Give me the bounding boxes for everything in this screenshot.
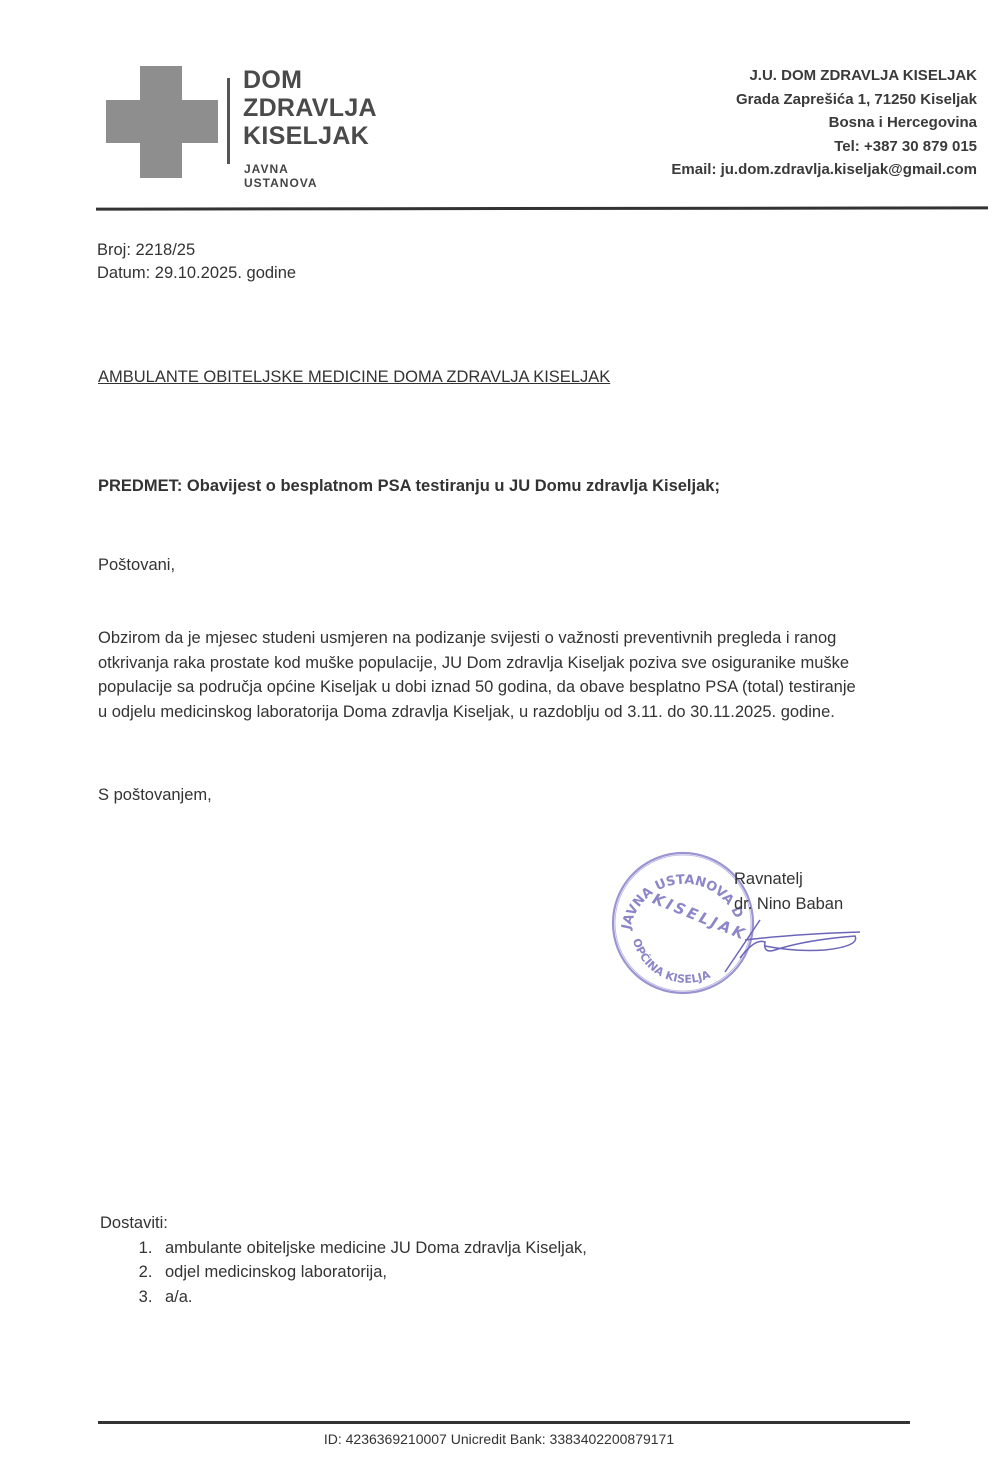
body-line: Obzirom da je mjesec studeni usmjeren na…	[98, 626, 856, 651]
handwritten-signature-icon	[705, 910, 865, 980]
footer-text: ID: 4236369210007 Unicredit Bank: 338340…	[324, 1431, 674, 1447]
subject: PREDMET: Obavijest o besplatnom PSA test…	[98, 475, 720, 498]
medical-cross-icon-bar	[106, 100, 218, 143]
logo-subtitle: JAVNA USTANOVA	[244, 162, 318, 190]
phone: Tel: +387 30 879 015	[671, 135, 977, 159]
distribution-label: Dostaviti:	[100, 1211, 587, 1236]
logo-divider	[227, 78, 230, 164]
body-line: populacije sa područja općine Kiseljak u…	[98, 675, 856, 700]
distribution-item: odjel medicinskog laboratorija,	[157, 1260, 587, 1285]
header-divider	[96, 206, 988, 210]
logo-name-line: ZDRAVLJA	[243, 94, 377, 122]
body-paragraph: Obzirom da je mjesec studeni usmjeren na…	[98, 626, 856, 724]
distribution-list: Dostaviti: ambulante obiteljske medicine…	[100, 1211, 587, 1309]
address: Grada Zaprešića 1, 71250 Kiseljak	[671, 88, 977, 112]
logo-name: DOM ZDRAVLJA KISELJAK	[243, 66, 377, 150]
distribution-item: a/a.	[157, 1285, 587, 1310]
footer-divider	[98, 1421, 910, 1424]
document-number: Broj: 2218/25	[97, 239, 296, 262]
closing: S poštovanjem,	[98, 784, 212, 807]
greeting: Poštovani,	[98, 554, 175, 577]
document-meta: Broj: 2218/25 Datum: 29.10.2025. godine	[97, 239, 296, 284]
email: Email: ju.dom.zdravlja.kiseljak@gmail.co…	[671, 158, 977, 182]
distribution-item: ambulante obiteljske medicine JU Doma zd…	[157, 1236, 587, 1261]
footer: ID: 4236369210007 Unicredit Bank: 338340…	[0, 1431, 1003, 1447]
signatory-title: Ravnatelj	[734, 867, 843, 892]
body-line: u odjelu medicinskog laboratorija Doma z…	[98, 700, 856, 725]
body-line: otkrivanja raka prostate kod muške popul…	[98, 651, 856, 676]
logo-name-line: DOM	[243, 66, 377, 94]
logo-name-line: KISELJAK	[243, 122, 377, 150]
document-date: Datum: 29.10.2025. godine	[97, 262, 296, 285]
institution-name: J.U. DOM ZDRAVLJA KISELJAK	[671, 64, 977, 88]
recipient: AMBULANTE OBITELJSKE MEDICINE DOMA ZDRAV…	[98, 366, 610, 389]
country: Bosna i Hercegovina	[671, 111, 977, 135]
letterhead-contact: J.U. DOM ZDRAVLJA KISELJAK Grada Zapreši…	[671, 64, 977, 182]
